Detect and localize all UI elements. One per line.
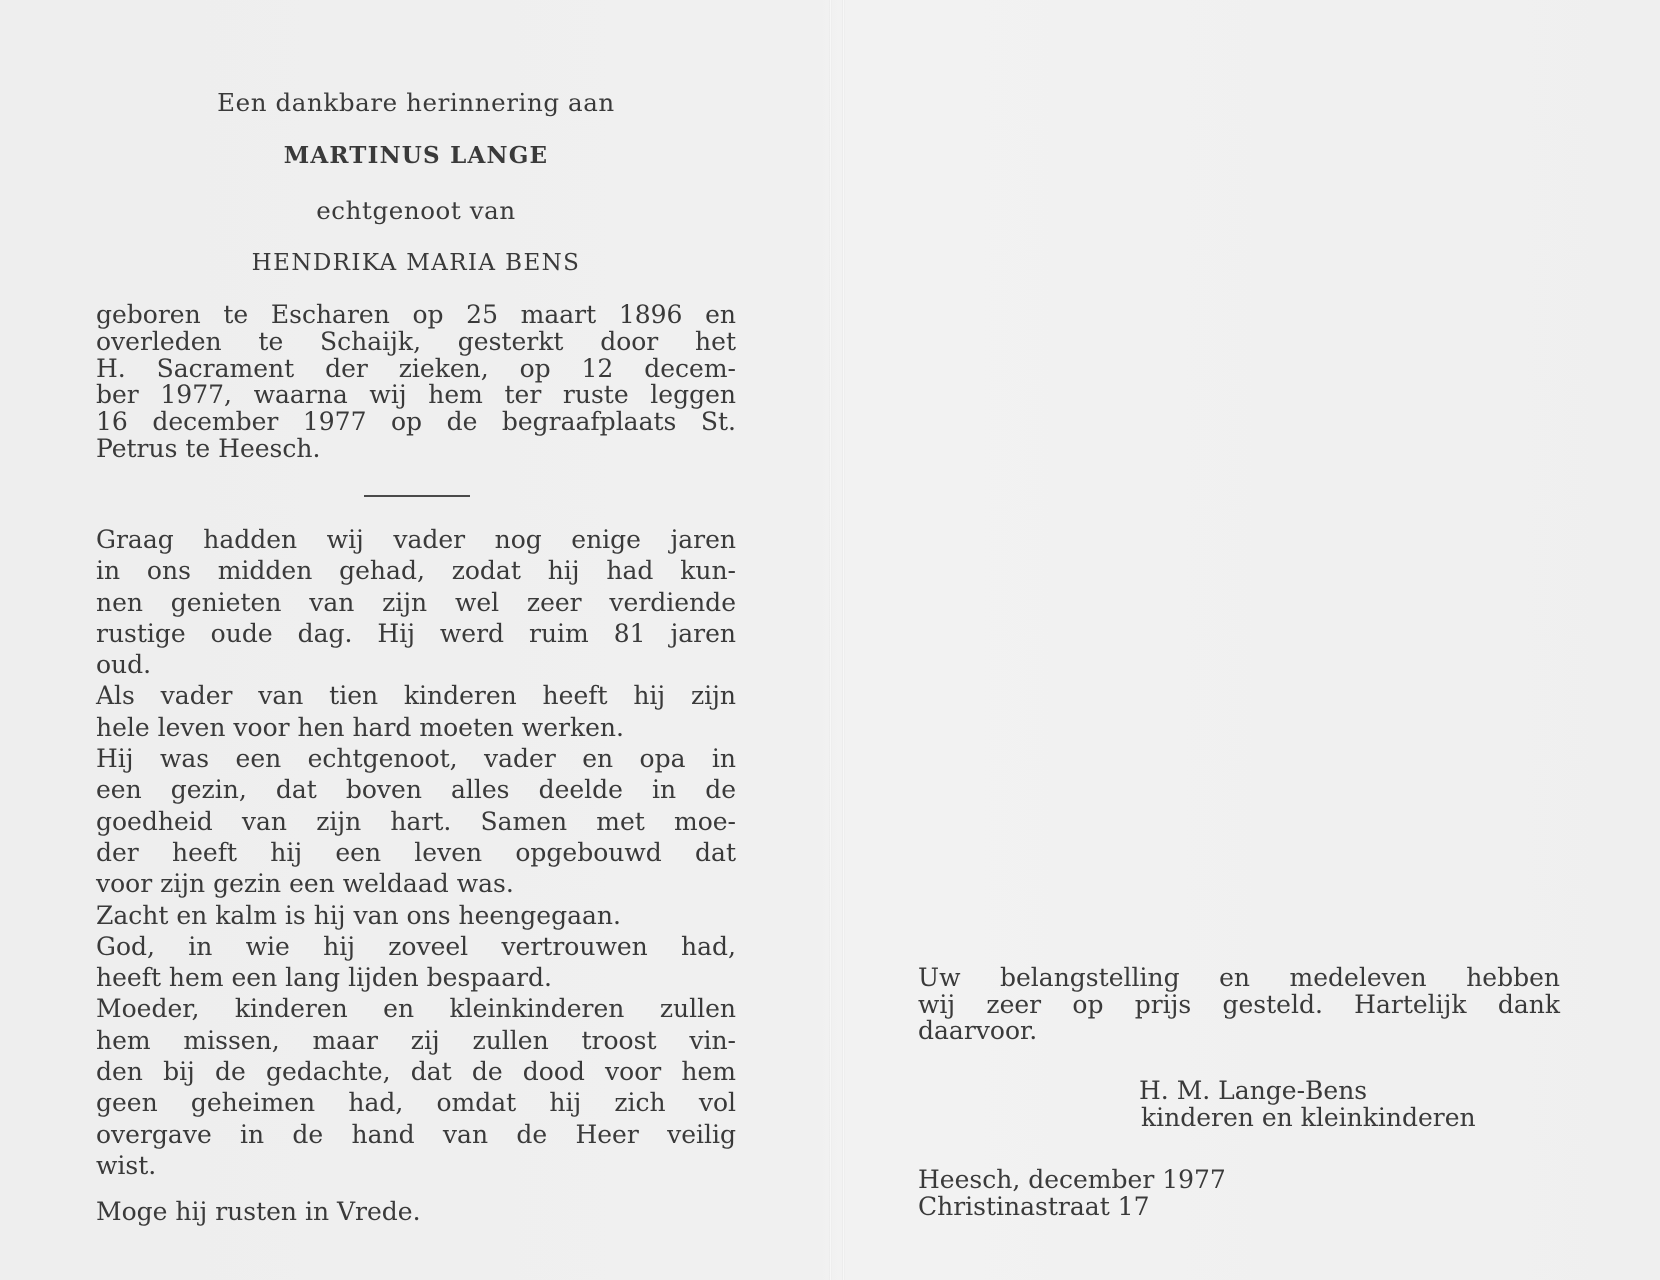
thanks-line: daarvoor.	[918, 1018, 1560, 1045]
tribute-line: overgave in de hand van de Heer veilig	[96, 1119, 736, 1150]
thanks-line: Uw belangstelling en medeleven hebben	[918, 965, 1560, 992]
thanks-paragraph: Uw belangstelling en medeleven hebben wi…	[918, 965, 1560, 1045]
tribute-line: voor zijn gezin een weldaad was.	[96, 868, 736, 899]
signature-name: H. M. Lange-Bens	[1139, 1078, 1476, 1105]
tribute-line: een gezin, dat boven alles deelde in de	[96, 774, 736, 805]
biography-paragraph: geboren te Escharen op 25 maart 1896 en …	[96, 302, 736, 463]
tribute-line: Graag hadden wij vader nog enige jaren	[96, 524, 736, 555]
tribute-line: den bij de gedachte, dat de dood voor he…	[96, 1056, 736, 1087]
tribute-paragraph: Graag hadden wij vader nog enige jaren i…	[96, 524, 736, 1181]
address: Christinastraat 17	[918, 1194, 1226, 1221]
tribute-line: heeft hem een lang lijden bespaard.	[96, 962, 736, 993]
tribute-line: goedheid van zijn hart. Samen met moe-	[96, 806, 736, 837]
intro-text: Een dankbare herinnering aan	[96, 88, 736, 117]
place-date: Heesch, december 1977	[918, 1167, 1226, 1194]
tribute-line: hem missen, maar zij zullen troost vin-	[96, 1025, 736, 1056]
tribute-line: wist.	[96, 1150, 736, 1181]
tribute-line: rustige oude dag. Hij werd ruim 81 jaren	[96, 618, 736, 649]
tribute-line: Zacht en kalm is hij van ons heengegaan.	[96, 900, 736, 931]
card-fold-crease	[842, 0, 845, 1280]
spouse-name: HENDRIKA MARIA BENS	[96, 250, 736, 276]
section-divider	[364, 495, 470, 497]
memorial-card: Een dankbare herinnering aan MARTINUS LA…	[0, 0, 1660, 1280]
biography-line: H. Sacrament der zieken, op 12 decem-	[96, 356, 736, 383]
signature-block: H. M. Lange-Bens kinderen en kleinkinder…	[1139, 1078, 1476, 1131]
closing-text: Moge hij rusten in Vrede.	[96, 1196, 736, 1227]
tribute-line: Hij was een echtgenoot, vader en opa in	[96, 743, 736, 774]
tribute-line: hele leven voor hen hard moeten werken.	[96, 712, 736, 743]
relation-text: echtgenoot van	[96, 196, 736, 225]
biography-line: Petrus te Heesch.	[96, 436, 736, 463]
biography-line: geboren te Escharen op 25 maart 1896 en	[96, 302, 736, 329]
tribute-line: Als vader van tien kinderen heeft hij zi…	[96, 680, 736, 711]
tribute-line: oud.	[96, 649, 736, 680]
tribute-line: nen genieten van zijn wel zeer verdiende	[96, 587, 736, 618]
biography-line: 16 december 1977 op de begraafplaats St.	[96, 409, 736, 436]
closing-line: Moge hij rusten in Vrede.	[96, 1196, 736, 1227]
tribute-line: God, in wie hij zoveel vertrouwen had,	[96, 931, 736, 962]
deceased-name: MARTINUS LANGE	[96, 142, 736, 169]
tribute-line: in ons midden gehad, zodat hij had kun-	[96, 555, 736, 586]
biography-line: overleden te Schaijk, gesterkt door het	[96, 329, 736, 356]
card-fold-crease	[829, 0, 832, 1280]
tribute-line: geen geheimen had, omdat hij zich vol	[96, 1087, 736, 1118]
biography-line: ber 1977, waarna wij hem ter ruste legge…	[96, 382, 736, 409]
place-date-block: Heesch, december 1977 Christinastraat 17	[918, 1167, 1226, 1220]
thanks-line: wij zeer op prijs gesteld. Hartelijk dan…	[918, 992, 1560, 1019]
tribute-line: Moeder, kinderen en kleinkinderen zullen	[96, 993, 736, 1024]
tribute-line: der heeft hij een leven opgebouwd dat	[96, 837, 736, 868]
signature-family: kinderen en kleinkinderen	[1141, 1105, 1476, 1132]
